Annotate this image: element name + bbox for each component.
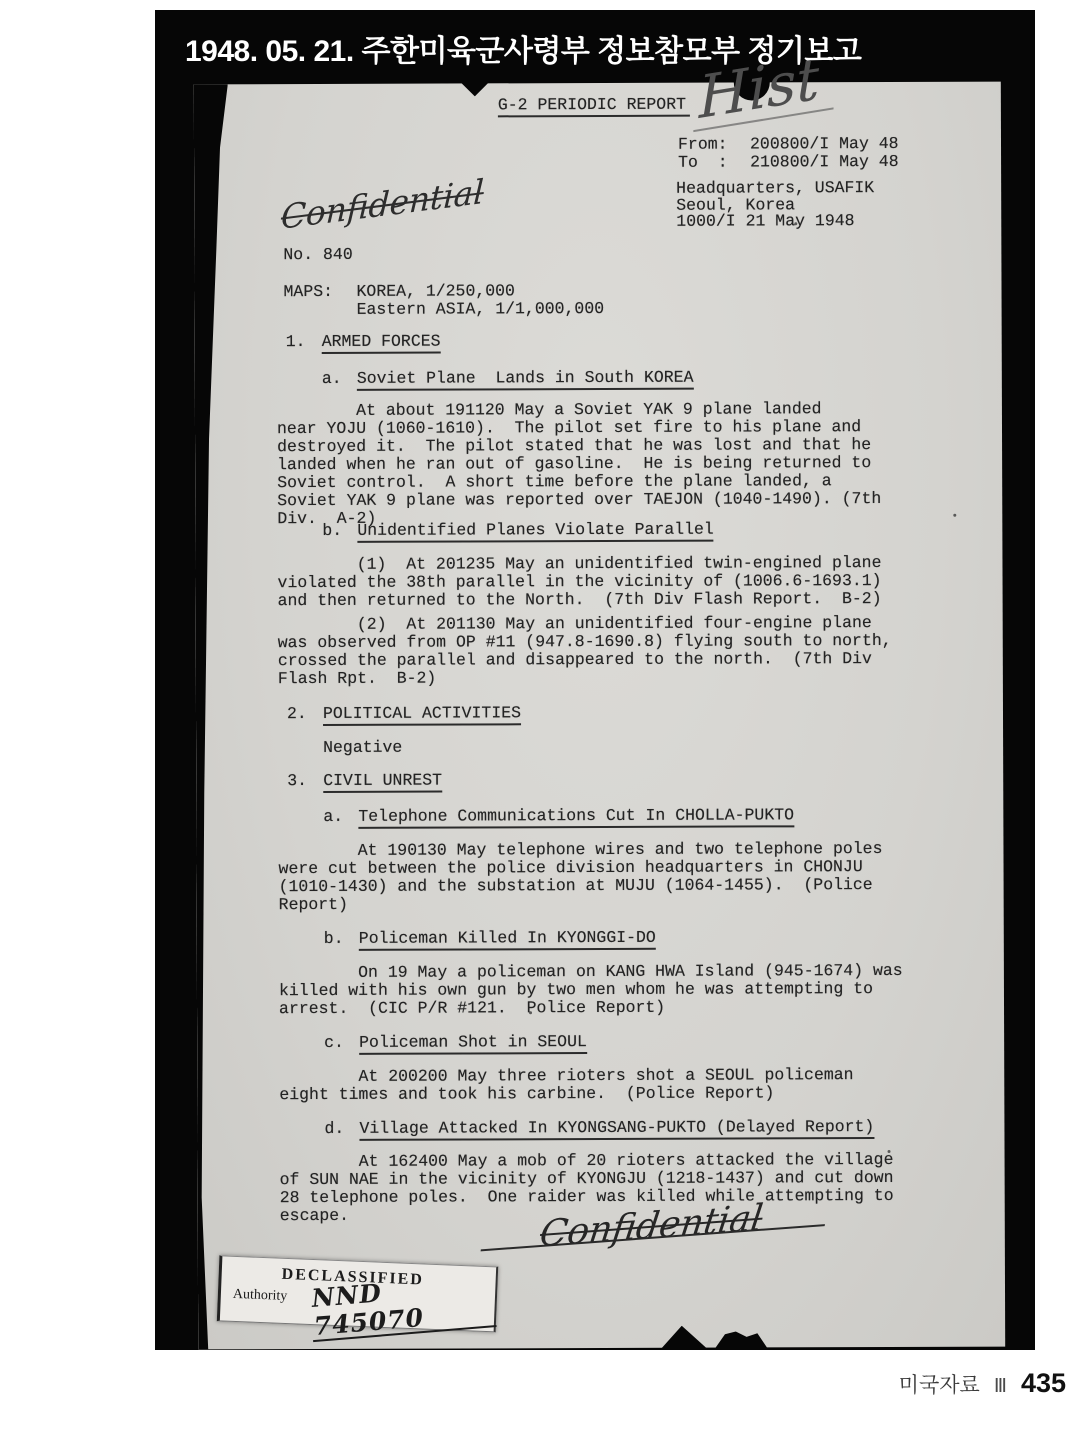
maps-label: MAPS:	[283, 283, 333, 301]
report-period: From:200800/I May 48To :210800/I May 48	[678, 135, 899, 172]
subsection-heading: b.Policeman Killed In KYONGGI-DO	[279, 929, 656, 948]
from-label: From:	[678, 135, 750, 153]
headquarters-block: Headquarters, USAFIKSeoul, Korea1000/I 2…	[676, 180, 874, 230]
paragraph: (2) At 201130 May an unidentified four-e…	[278, 614, 892, 688]
from-value: 200800/I May 48	[750, 134, 899, 154]
page-footer: 미국자료 Ⅲ 435	[899, 1368, 1066, 1399]
footer-page-number: 435	[1021, 1368, 1066, 1399]
paragraph: On 19 May a policeman on KANG HWA Island…	[279, 962, 903, 1018]
subsection-heading: b.Unidentified Planes Violate Parallel	[277, 521, 714, 541]
footer-series-label: 미국자료	[899, 1369, 980, 1399]
document-title: G-2 PERIODIC REPORT	[498, 96, 690, 115]
confidential-handwriting-top: Confidential	[280, 175, 484, 234]
section-heading: 1.ARMED FORCES	[277, 333, 441, 352]
declassified-stamp: DECLASSIFIED Authority NND 745070	[217, 1255, 498, 1332]
document-paper: G-2 PERIODIC REPORT Hist From:200800/I M…	[194, 82, 1005, 1350]
section-heading: 3.CIVIL UNREST	[278, 772, 442, 791]
paragraph: At about 191120 May a Soviet YAK 9 plane…	[277, 400, 881, 528]
to-label: To :	[678, 153, 750, 171]
paragraph: At 190130 May telephone wires and two te…	[278, 840, 882, 914]
subsection-heading: c.Policeman Shot in SEOUL	[279, 1033, 587, 1052]
page: { "page_header": { "title": "1948. 05. 2…	[0, 0, 1080, 1439]
declassified-authority-label: Authority	[233, 1287, 288, 1305]
paragraph: At 200200 May three rioters shot a SEOUL…	[279, 1066, 853, 1104]
section-note: Negative	[278, 739, 402, 757]
subsection-heading: d.Village Attacked In KYONGSANG-PUKTO (D…	[279, 1118, 874, 1138]
footer-volume-numeral: Ⅲ	[994, 1375, 1007, 1398]
paragraph: (1) At 201235 May an unidentified twin-e…	[277, 554, 881, 610]
subsection-heading: a.Soviet Plane Lands in South KOREA	[277, 369, 694, 388]
to-value: 210800/I May 48	[750, 152, 899, 172]
document-body: 1.ARMED FORCES a.Soviet Plane Lands in S…	[277, 331, 980, 1263]
section-heading: 2.POLITICAL ACTIVITIES	[278, 704, 521, 723]
scan-notch-triangle	[460, 81, 490, 96]
declassified-authority-number: NND 745070	[309, 1270, 497, 1342]
scan-bottom-tear	[660, 1326, 708, 1350]
scan-bottom-tear	[714, 1331, 768, 1349]
report-number: No. 840	[283, 246, 352, 264]
scan-edge-shadow-left	[194, 84, 234, 1349]
subsection-heading: a.Telephone Communications Cut In CHOLLA…	[278, 806, 794, 826]
scanned-photo: 1948. 05. 21. 주한미육군사령부 정보참모부 정기보고 G-2 PE…	[155, 10, 1035, 1350]
